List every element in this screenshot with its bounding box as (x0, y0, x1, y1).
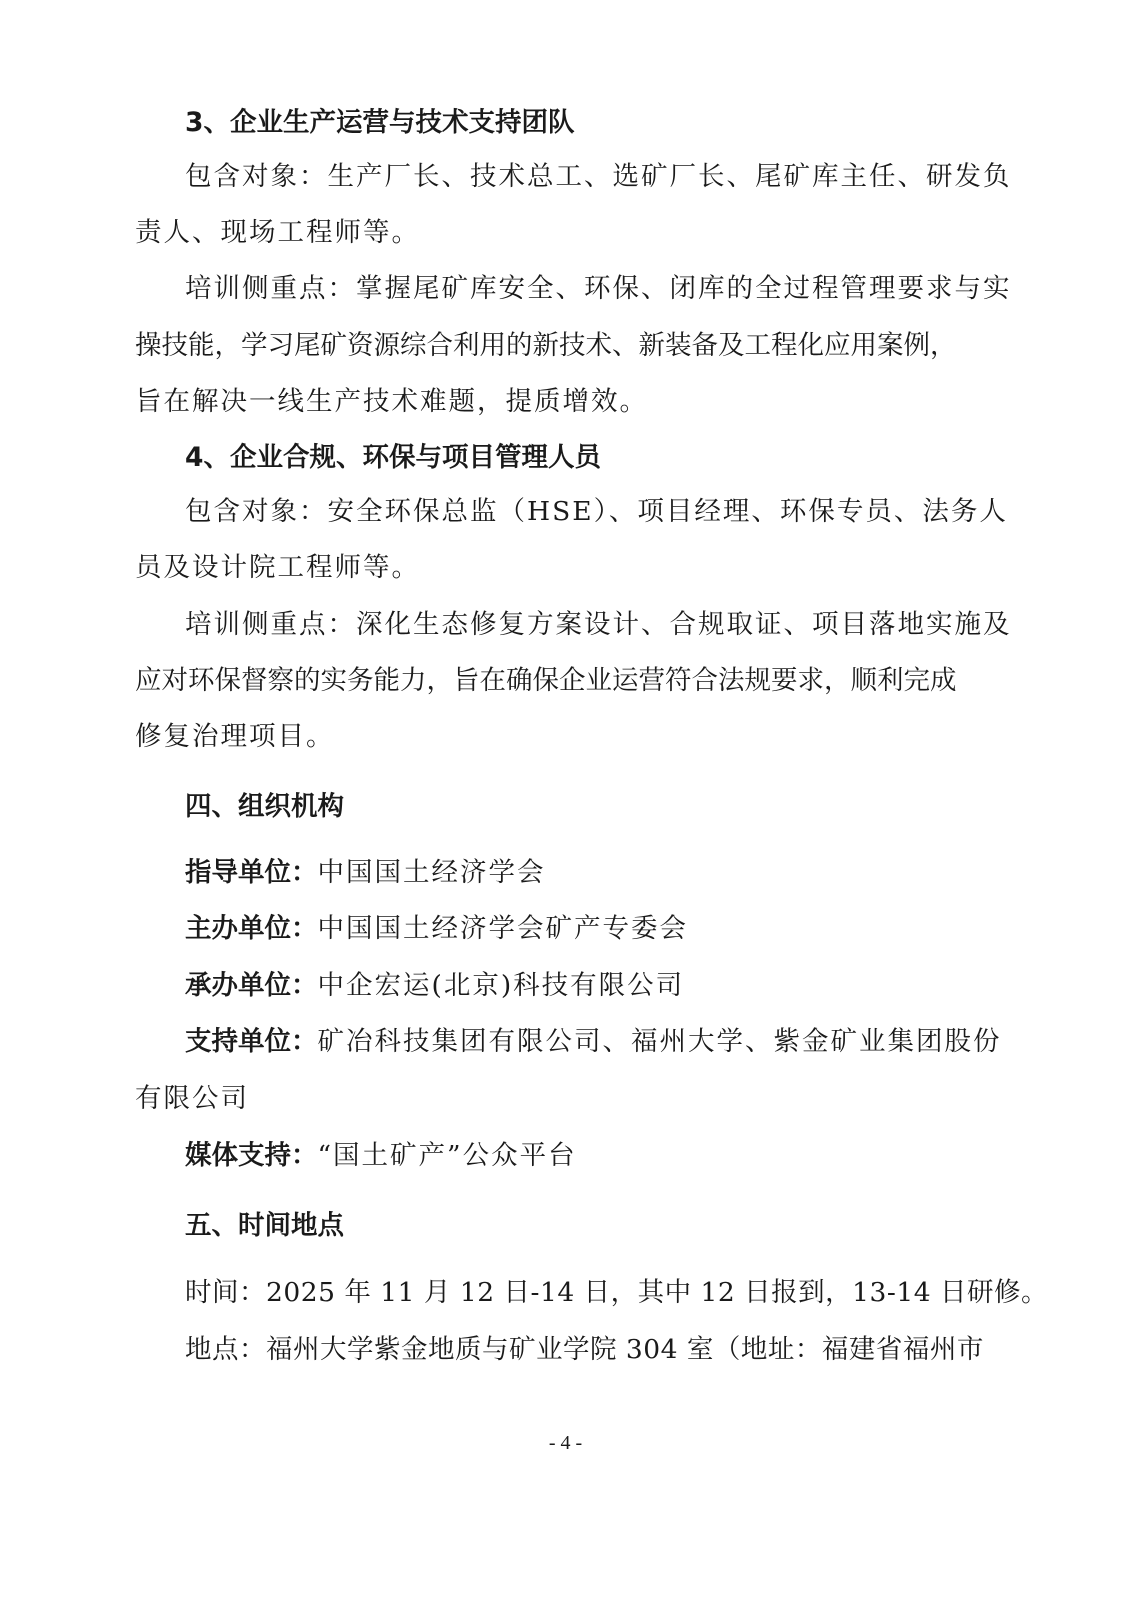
section-heading-time-place: 五、时间地点 (135, 1209, 937, 1243)
page-number: - 4 - (0, 1432, 1131, 1455)
org-support-label: 支持单位： (185, 1026, 318, 1057)
org-host-row: 主办单位：中国国土经济学会矿产专委会 (135, 912, 937, 946)
section-heading-team3: 3、企业生产运营与技术支持团队 (135, 106, 937, 140)
org-host-label: 主办单位： (185, 913, 318, 944)
team4-targets-line2: 员及设计院工程师等。 (135, 551, 937, 585)
org-support-value: 矿冶科技集团有限公司、福州大学、紫金矿业集团股份 (318, 1026, 1002, 1057)
section-heading-team4: 4、企业合规、环保与项目管理人员 (135, 441, 937, 475)
org-support-row: 支持单位：矿冶科技集团有限公司、福州大学、紫金矿业集团股份 (135, 1025, 937, 1059)
section-heading-organization: 四、组织机构 (135, 790, 937, 824)
org-media-label: 媒体支持： (185, 1140, 318, 1171)
team3-focus-line3: 旨在解决一线生产技术难题，提质增效。 (135, 385, 937, 419)
org-guide-row: 指导单位：中国国土经济学会 (135, 856, 937, 890)
team4-targets-line1: 包含对象：安全环保总监（HSE）、项目经理、环保专员、法务人 (135, 495, 937, 529)
org-guide-label: 指导单位： (185, 857, 318, 888)
team4-focus-line3: 修复治理项目。 (135, 720, 937, 754)
org-guide-value: 中国国土经济学会 (318, 857, 546, 888)
place-line: 地点：福州大学紫金地质与矿业学院 304 室（地址：福建省福州市 (135, 1333, 937, 1367)
team3-targets-line1: 包含对象：生产厂长、技术总工、选矿厂长、尾矿库主任、研发负 (135, 160, 937, 194)
team4-focus-line2: 应对环保督察的实务能力，旨在确保企业运营符合法规要求，顺利完成 (135, 664, 937, 698)
team3-focus-line2: 操技能，学习尾矿资源综合利用的新技术、新装备及工程化应用案例， (135, 329, 937, 363)
org-organizer-row: 承办单位：中企宏运(北京)科技有限公司 (135, 969, 937, 1003)
org-host-value: 中国国土经济学会矿产专委会 (318, 913, 689, 944)
time-line: 时间：2025 年 11 月 12 日-14 日，其中 12 日报到，13-14… (135, 1276, 937, 1310)
org-media-row: 媒体支持：“国土矿产”公众平台 (135, 1139, 937, 1173)
org-support-value-line2: 有限公司 (135, 1082, 937, 1116)
team3-targets-line2: 责人、现场工程师等。 (135, 216, 937, 250)
org-organizer-label: 承办单位： (185, 970, 318, 1001)
org-organizer-value: 中企宏运(北京)科技有限公司 (318, 970, 685, 1001)
team4-focus-line1: 培训侧重点：深化生态修复方案设计、合规取证、项目落地实施及 (135, 608, 937, 642)
team3-focus-line1: 培训侧重点：掌握尾矿库安全、环保、闭库的全过程管理要求与实 (135, 272, 937, 306)
org-media-value: “国土矿产”公众平台 (318, 1140, 577, 1171)
